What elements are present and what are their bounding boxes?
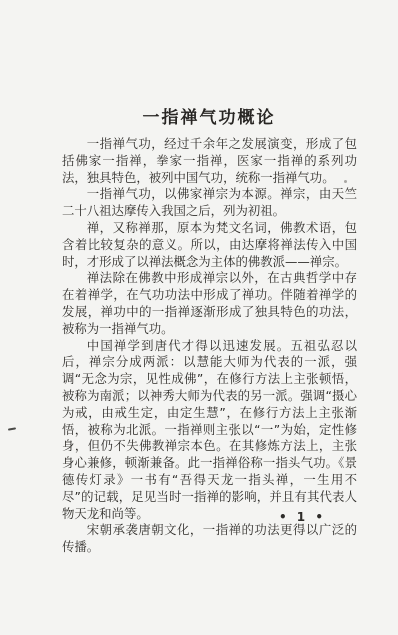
body-text: 一指禅气功，经过千余年之发展演变，形成了包括佛家一指禅，拳家一指禅，医家一指禅的…: [62, 136, 357, 556]
page-number: • 1 •: [62, 510, 356, 524]
paragraph: 中国禅学到唐代才得以迅速发展。五祖弘忍以后，禅宗分成两派：以慧能大师为代表的一派…: [62, 338, 357, 523]
paragraph: 一指禅气功，经过千余年之发展演变，形成了包括佛家一指禅，拳家一指禅，医家一指禅的…: [62, 136, 357, 186]
paragraph: 禅法除在佛教中形成禅宗以外，在古典哲学中存在着禅学，在气功功法中形成了禅功。伴随…: [62, 270, 357, 337]
scan-artifact-dash: [8, 427, 16, 430]
scan-artifact-dot: [344, 180, 347, 183]
paragraph: 禅，又称禅那，原本为梵文名词，佛教术语，包含着比较复杂的意义。所以，由达摩将禅法…: [62, 220, 357, 270]
paragraph: 一指禅气功，以佛家禅宗为本源。禅宗，由天竺二十八祖达摩传入我国之后，列为初祖。: [62, 186, 357, 220]
book-page: 一指禅气功概论 一指禅气功，经过千余年之发展演变，形成了包括佛家一指禅，拳家一指…: [0, 0, 398, 635]
paragraph: 宋朝承袭唐朝文化，一指禅的功法更得以广泛的传播。: [62, 522, 357, 556]
page-title: 一指禅气功概论: [62, 103, 356, 128]
